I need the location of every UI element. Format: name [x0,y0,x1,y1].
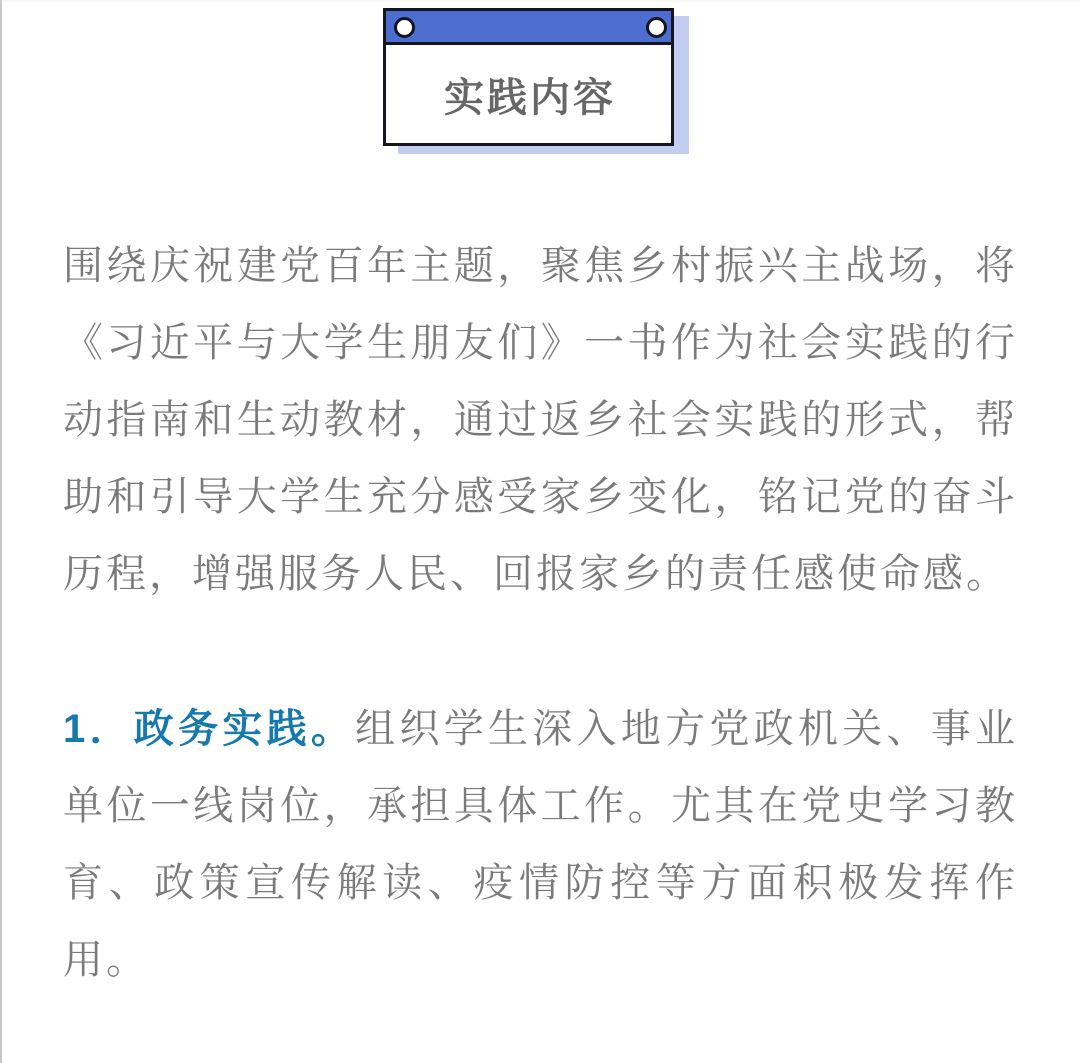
badge-top-bar [386,11,671,45]
badge-card: 实践内容 [383,8,674,146]
section-header-badge: 实践内容 [383,8,674,146]
article-content: 围绕庆祝建党百年主题，聚焦乡村振兴主战场，将《习近平与大学生朋友们》一书作为社会… [63,228,1018,999]
pin-hole-icon-left [394,17,415,38]
pin-hole-icon-right [646,17,667,38]
item-1-paragraph: 1．政务实践。组织学生深入地方党政机关、事业单位一线岗位，承担具体工作。尤其在党… [63,691,1018,999]
section-title: 实践内容 [441,66,616,123]
intro-paragraph: 围绕庆祝建党百年主题，聚焦乡村振兴主战场，将《习近平与大学生朋友们》一书作为社会… [63,228,1018,613]
item-1-heading: 1．政务实践。 [63,707,355,751]
page-left-edge [0,0,2,1063]
article-page: 实践内容 围绕庆祝建党百年主题，聚焦乡村振兴主战场，将《习近平与大学生朋友们》一… [0,0,1080,1063]
page-top-edge [0,0,1080,2]
badge-title-area: 实践内容 [386,45,671,143]
